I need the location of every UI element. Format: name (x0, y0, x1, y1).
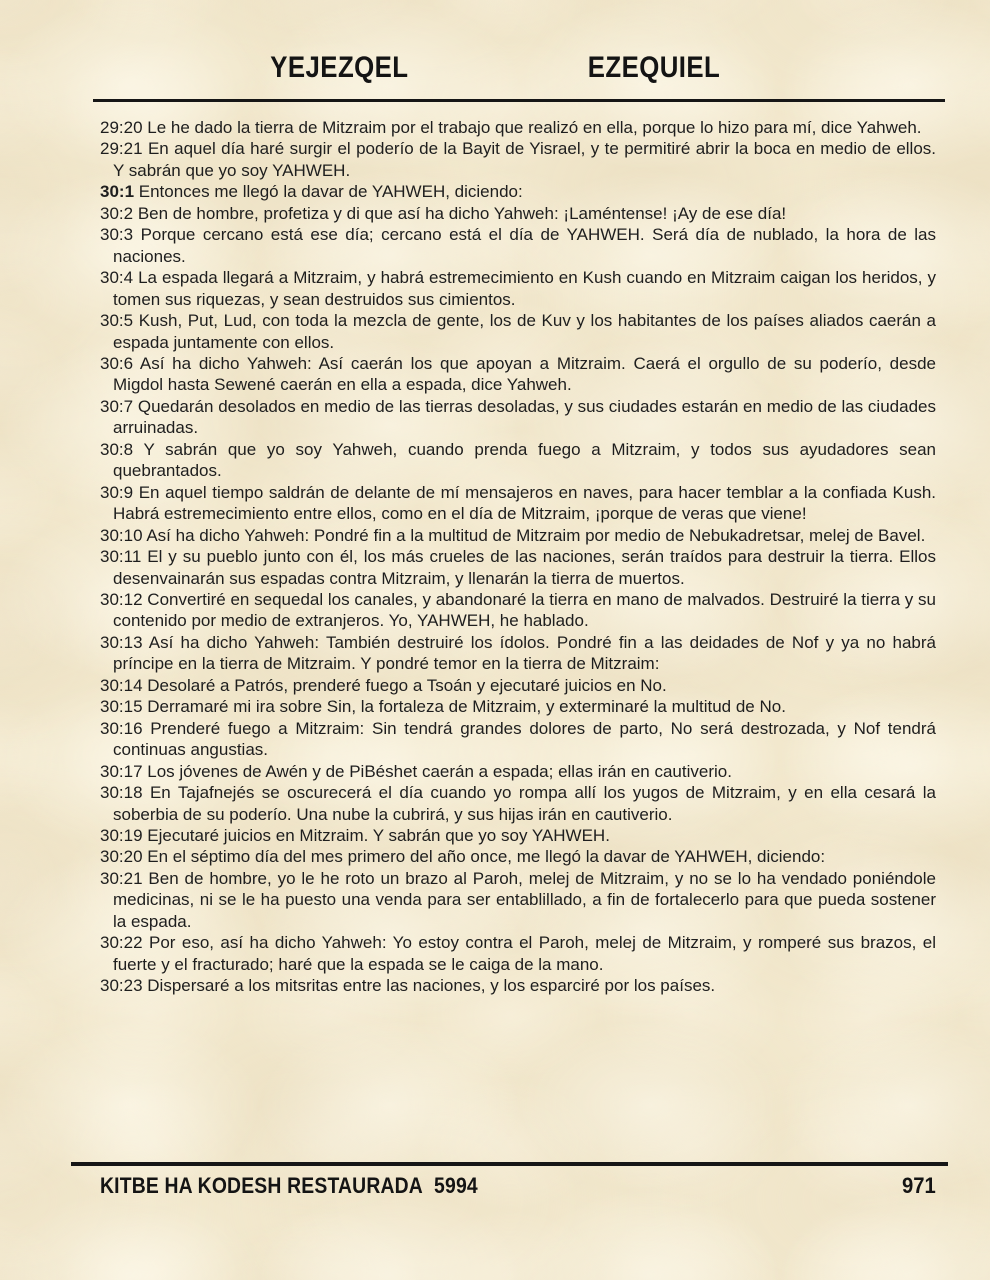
verse: 30:8 Y sabrán que yo soy Yahweh, cuando … (100, 439, 936, 482)
page-footer: KITBE HA KODESH RESTAURADA 5994 971 (100, 1173, 936, 1199)
footer-edition-label: KITBE HA KODESH RESTAURADA 5994 (100, 1173, 478, 1199)
verse-ref: 30:7 (100, 397, 133, 416)
verse-ref: 29:20 (100, 118, 143, 137)
verse-ref: 30:18 (100, 783, 143, 802)
verse: 30:19 Ejecutaré juicios en Mitzraim. Y s… (100, 825, 936, 846)
verse: 30:13 Así ha dicho Yahweh: También destr… (100, 632, 936, 675)
verse-ref: 30:9 (100, 483, 133, 502)
verse: 30:20 En el séptimo día del mes primero … (100, 846, 936, 867)
verse-ref: 30:10 (100, 526, 143, 545)
footer-page-number: 971 (902, 1173, 936, 1199)
verse: 30:22 Por eso, así ha dicho Yahweh: Yo e… (100, 932, 936, 975)
verse-ref: 29:21 (100, 139, 143, 158)
verse-list: 29:20 Le he dado la tierra de Mitzraim p… (100, 117, 936, 997)
verse: 30:1 Entonces me llegó la davar de YAHWE… (100, 181, 936, 202)
verse-ref: 30:15 (100, 697, 143, 716)
verse-ref: 30:16 (100, 719, 143, 738)
verse-ref: 30:17 (100, 762, 143, 781)
verse: 30:11 El y su pueblo junto con él, los m… (100, 546, 936, 589)
verse-ref: 30:19 (100, 826, 143, 845)
header-rule (93, 99, 945, 102)
verse-ref: 30:13 (100, 633, 143, 652)
verse: 29:20 Le he dado la tierra de Mitzraim p… (100, 117, 936, 138)
header-title-left: YEJEZQEL (270, 52, 408, 84)
verse-ref: 30:14 (100, 676, 143, 695)
footer-rule (71, 1162, 948, 1166)
scripture-page: { "page": { "background": "#f2e8cd", "te… (0, 0, 990, 1280)
verse: 30:21 Ben de hombre, yo le he roto un br… (100, 868, 936, 932)
verse-ref: 30:5 (100, 311, 133, 330)
verse: 30:6 Así ha dicho Yahweh: Así caerán los… (100, 353, 936, 396)
verse: 30:17 Los jóvenes de Awén y de PiBéshet … (100, 761, 936, 782)
verse-ref: 30:12 (100, 590, 143, 609)
verse-ref: 30:22 (100, 933, 143, 952)
verse-ref: 30:4 (100, 268, 133, 287)
verse: 30:4 La espada llegará a Mitzraim, y hab… (100, 267, 936, 310)
verse-ref: 30:1 (100, 182, 134, 201)
verse-ref: 30:2 (100, 204, 133, 223)
verse: 30:16 Prenderé fuego a Mitzraim: Sin ten… (100, 718, 936, 761)
verse: 30:2 Ben de hombre, profetiza y di que a… (100, 203, 936, 224)
verse-ref: 30:8 (100, 440, 133, 459)
verse: 30:7 Quedarán desolados en medio de las … (100, 396, 936, 439)
verse: 30:14 Desolaré a Patrós, prenderé fuego … (100, 675, 936, 696)
header-title-right: EZEQUIEL (588, 52, 720, 84)
verse-ref: 30:20 (100, 847, 143, 866)
verse: 30:18 En Tajafnejés se oscurecerá el día… (100, 782, 936, 825)
verse-ref: 30:23 (100, 976, 143, 995)
verse: 30:23 Dispersaré a los mitsritas entre l… (100, 975, 936, 996)
verse-ref: 30:6 (100, 354, 133, 373)
verse: 30:3 Porque cercano está ese día; cercan… (100, 224, 936, 267)
verse: 30:9 En aquel tiempo saldrán de delante … (100, 482, 936, 525)
verse: 30:5 Kush, Put, Lud, con toda la mezcla … (100, 310, 936, 353)
verse: 30:10 Así ha dicho Yahweh: Pondré fin a … (100, 525, 936, 546)
page-header: YEJEZQEL EZEQUIEL (0, 52, 990, 84)
verse: 29:21 En aquel día haré surgir el poderí… (100, 138, 936, 181)
verse-ref: 30:21 (100, 869, 143, 888)
verse: 30:15 Derramaré mi ira sobre Sin, la for… (100, 696, 936, 717)
verse-ref: 30:11 (100, 547, 141, 566)
verse-ref: 30:3 (100, 225, 133, 244)
verse: 30:12 Convertiré en sequedal los canales… (100, 589, 936, 632)
